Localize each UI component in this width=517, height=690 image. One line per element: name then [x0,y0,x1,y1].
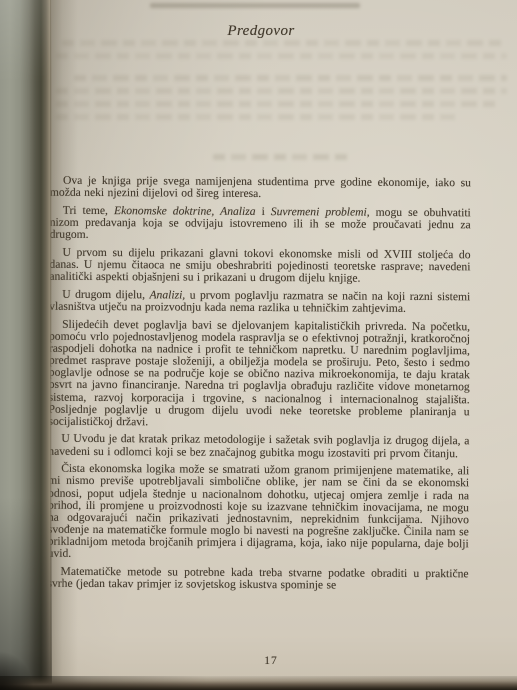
showthrough-line [56,88,507,94]
showthrough-line [56,101,497,107]
paragraph: Slijedećih devet poglavlja bavi se djelo… [48,318,470,430]
paragraph: Čista ekonomska logika može se smatrati … [48,463,470,563]
bottom-left-corner-shadow [0,644,40,690]
showthrough-smudge [150,3,360,8]
showthrough-line [62,40,507,46]
showthrough-line [56,114,459,120]
paragraph: U Uvodu je dat kratak prikaz metodologij… [48,433,469,460]
paragraph: Matematičke metode su potrebne kada treb… [47,566,468,593]
page-bottom-edge [0,676,517,690]
page-showthrough [56,40,507,160]
gutter-shadow [50,0,78,690]
page-number: 17 [51,655,491,667]
book-page-photo: Predgovor Ova je knjiga prije svega nami… [0,0,517,690]
paragraph: U prvom su dijelu prikazani glavni tokov… [49,246,470,285]
body-text: Ova je knjiga prije svega namijenjena st… [47,175,471,598]
paragraph: U drugom dijelu, Analizi, u prvom poglav… [49,288,470,315]
showthrough-line [74,75,507,81]
paragraph: Tri teme, Ekonomske doktrine, Analiza i … [50,205,471,244]
showthrough-line [56,53,507,59]
paragraph: Ova je knjiga prije svega namijenjena st… [50,175,471,202]
showthrough-line [213,154,351,160]
book-edge-left [0,0,52,690]
page-title: Predgovor [51,23,471,40]
